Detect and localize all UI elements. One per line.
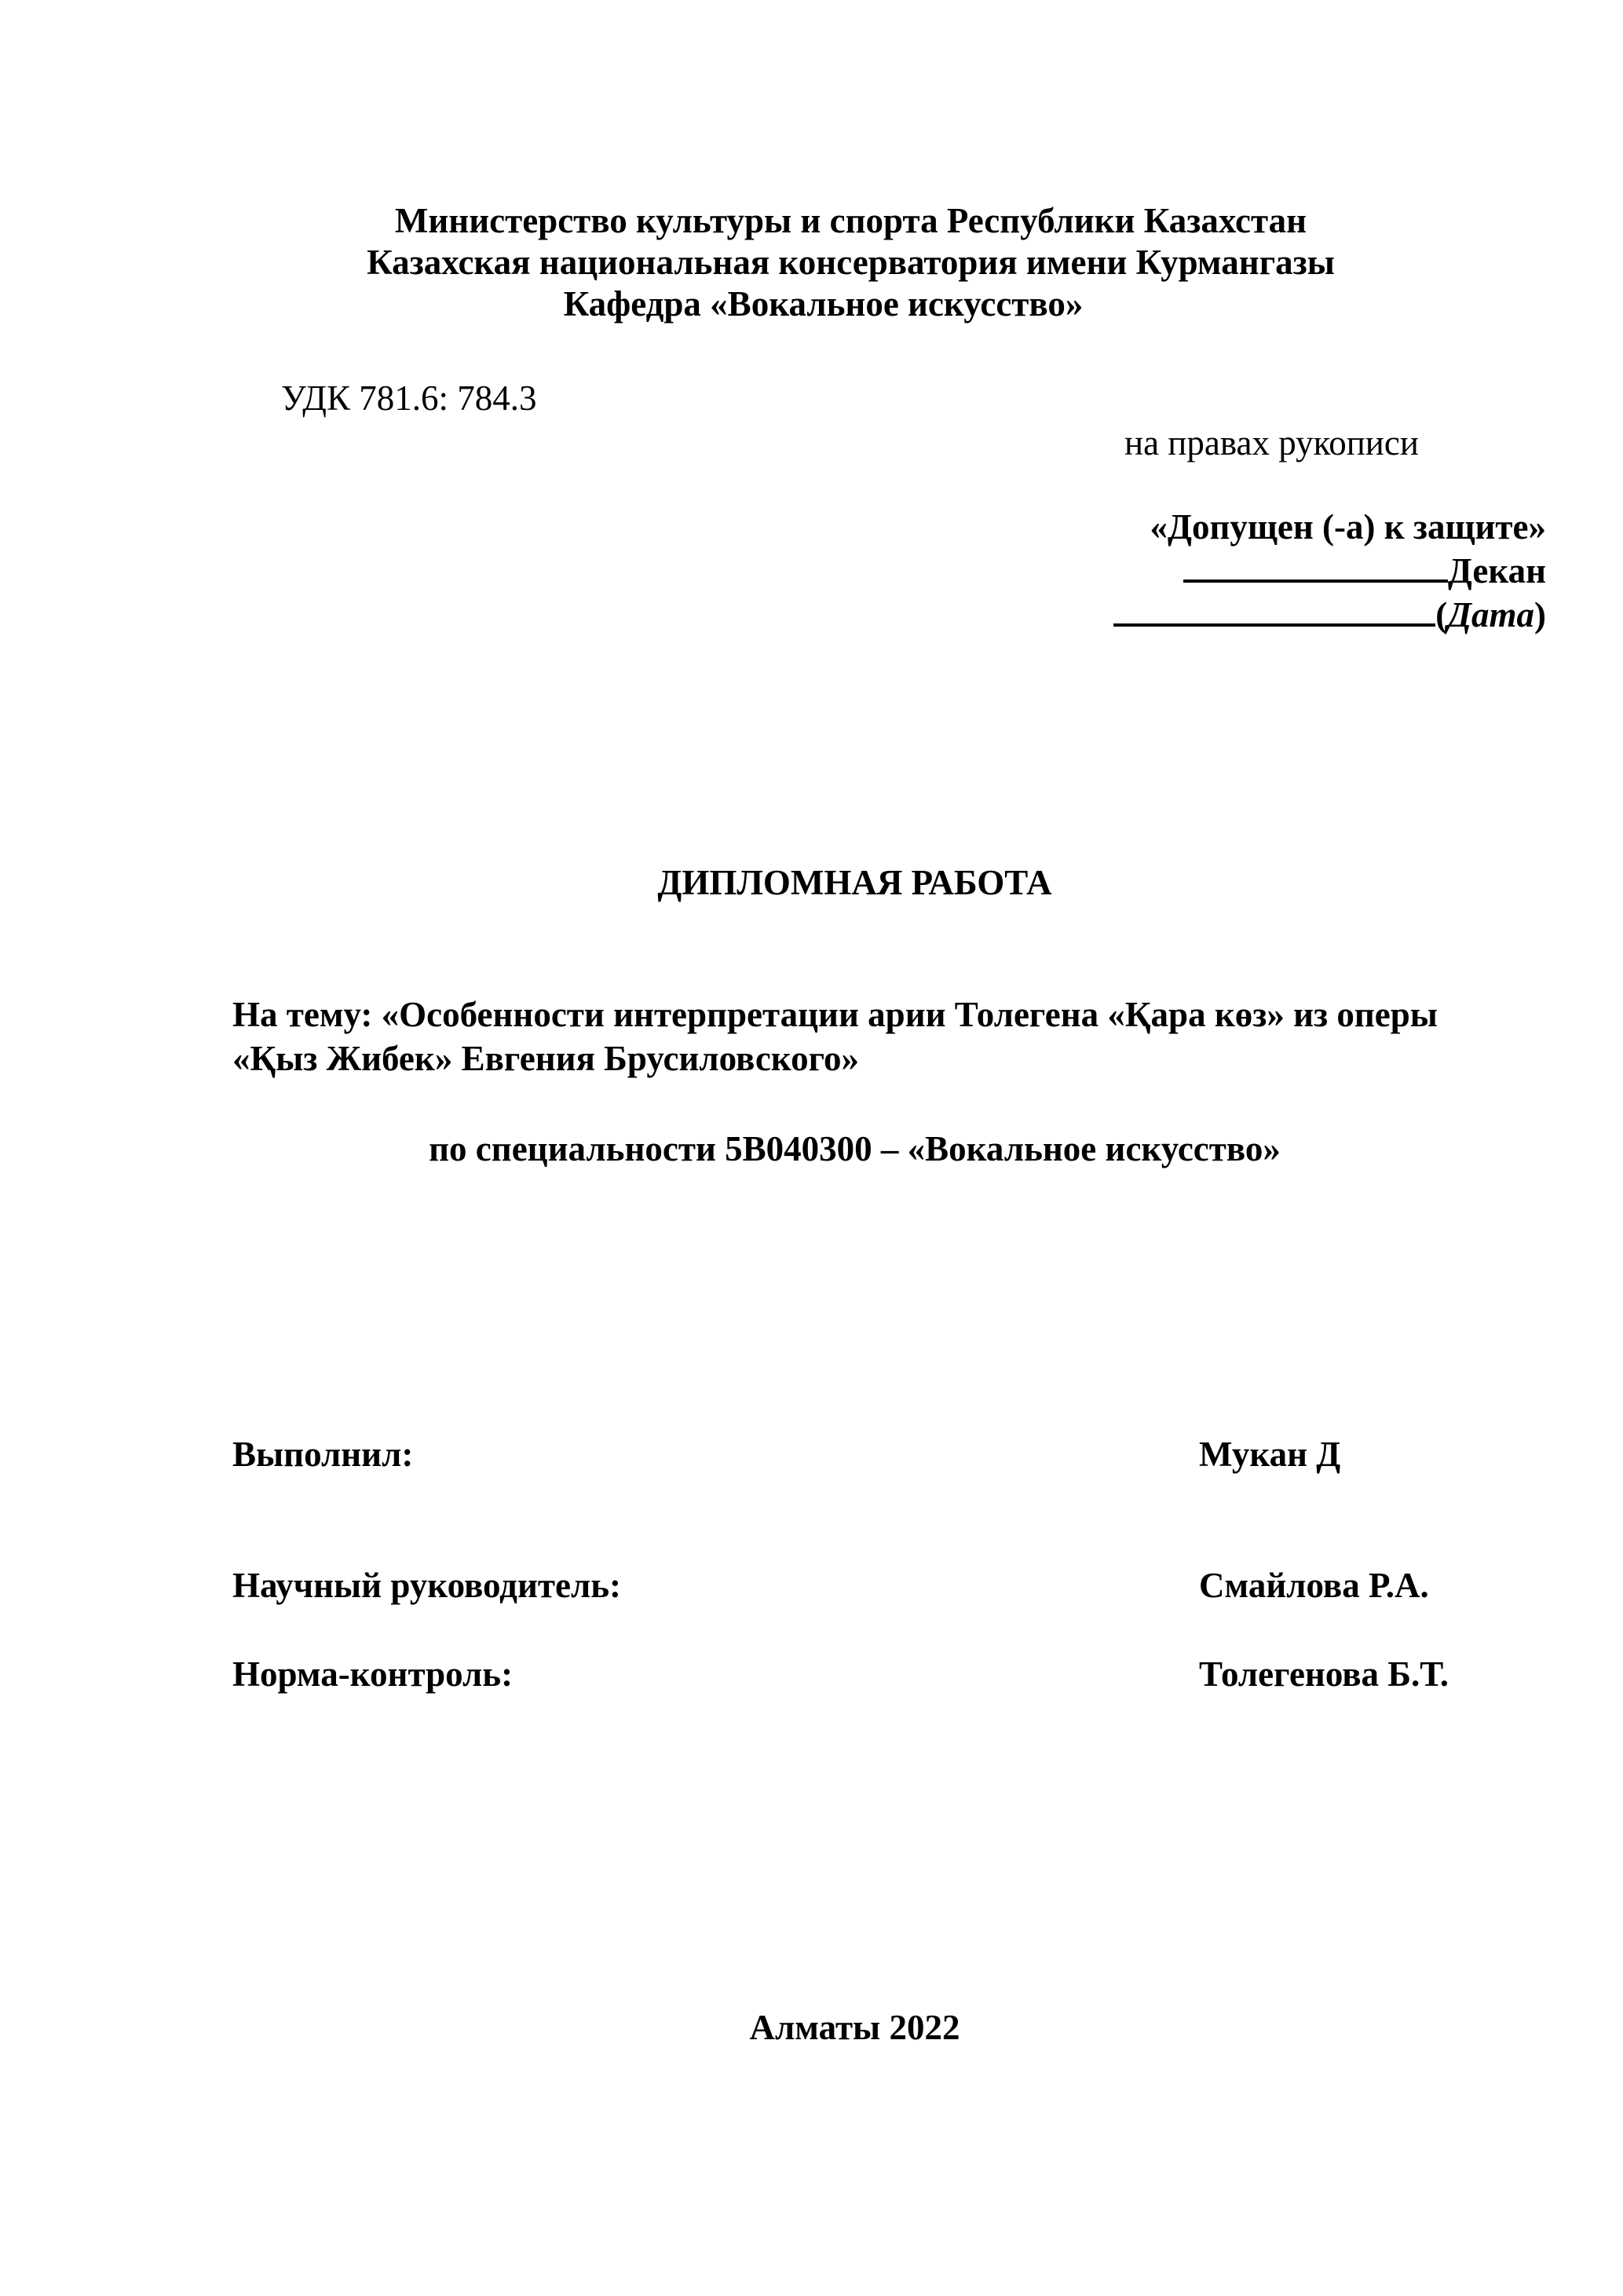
admitted-to-defense: «Допущен (-а) к защите» <box>1113 506 1546 548</box>
institution-name: Казахская национальная консерватория име… <box>0 242 1623 283</box>
supervisor-name: Смайлова Р.А. <box>1199 1565 1429 1606</box>
document-type-title: ДИПЛОМНАЯ РАБОТА <box>0 862 1623 903</box>
thesis-topic: На тему: «Особенности интерпретации арии… <box>232 993 1438 1080</box>
document-header: Министерство культуры и спорта Республик… <box>0 200 1623 325</box>
date-line: (Дата) <box>1113 592 1546 636</box>
norm-control-label: Норма-контроль: <box>232 1654 513 1695</box>
dean-label: Декан <box>1448 551 1546 590</box>
norm-control-name: Толегенова Б.Т. <box>1199 1654 1449 1695</box>
supervisor-label: Научный руководитель: <box>232 1565 621 1606</box>
date-label: Дата <box>1447 595 1534 634</box>
date-paren-open: ( <box>1435 595 1447 634</box>
specialty: по специальности 5В040300 – «Вокальное и… <box>0 1128 1623 1169</box>
city-year: Алматы 2022 <box>0 2007 1623 2048</box>
dean-signature-line: Декан <box>1113 548 1546 592</box>
performed-by-name: Мукан Д <box>1199 1434 1340 1475</box>
date-paren-close: ) <box>1534 595 1546 634</box>
performed-by-label: Выполнил: <box>232 1434 413 1475</box>
topic-line-2: «Қыз Жибек» Евгения Брусиловского» <box>232 1036 1438 1080</box>
topic-line-1: На тему: «Особенности интерпретации арии… <box>232 993 1438 1036</box>
signature-underline <box>1183 548 1448 583</box>
department-name: Кафедра «Вокальное искусство» <box>0 283 1623 325</box>
manuscript-rights-note: на правах рукописи <box>1124 422 1419 463</box>
udk-code: УДК 781.6: 784.3 <box>281 378 537 419</box>
date-underline <box>1113 592 1435 627</box>
approval-block: «Допущен (-а) к защите» Декан (Дата) <box>1113 506 1546 636</box>
ministry-name: Министерство культуры и спорта Республик… <box>0 200 1623 242</box>
